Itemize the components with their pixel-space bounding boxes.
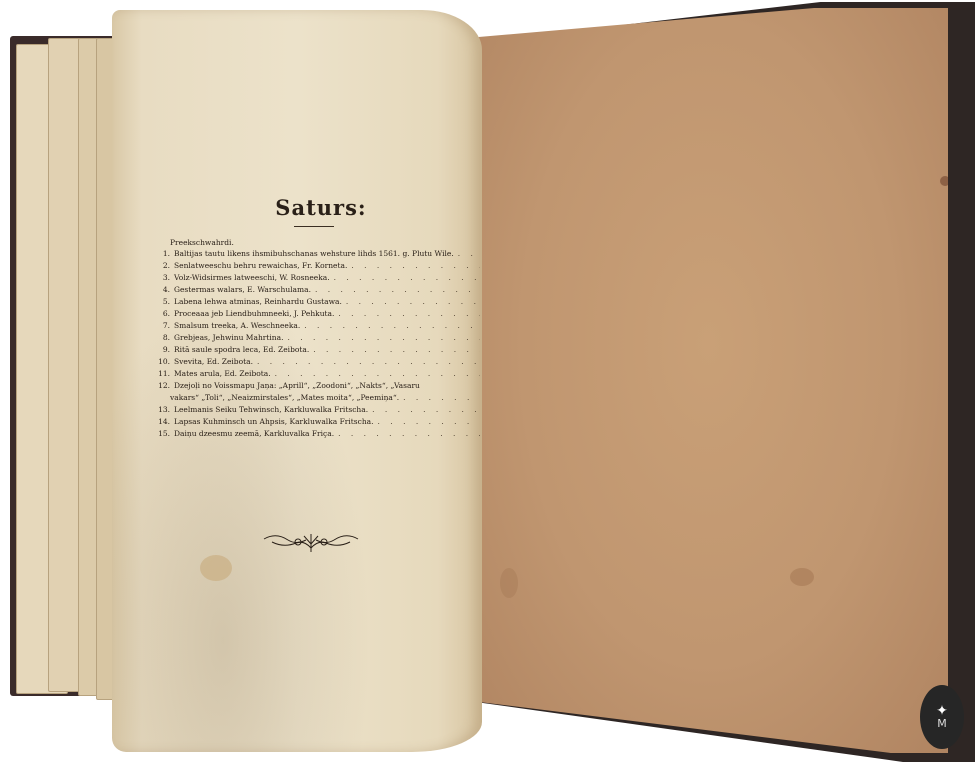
- toc-entry-continuation: vakars“ „Toli“, „Neaizmirstales“, „Mates…: [150, 392, 480, 404]
- entry-number: 10.: [150, 356, 174, 368]
- entry-text: Labena lehwa atminas, Reinhardu Gustawa.: [174, 296, 342, 308]
- toc-entry: 13.Leelmanis Seiku Tehwinsch, Karkluwalk…: [150, 404, 480, 416]
- entry-number: 14.: [150, 416, 174, 428]
- dot-leader: . . . . . . . . . . . . . . . . . . . . …: [372, 404, 480, 416]
- toc-entry: 14.Lapsas Kuhminsch un Ahpsis, Karkluwal…: [150, 416, 480, 428]
- dot-leader: . . . . . . . . . . . . . . . . . . . . …: [313, 344, 480, 356]
- entry-text: Daiņu dzeesmu zeemā, Karkluvalka Friça.: [174, 428, 334, 440]
- dot-leader: . . . . . . . . . . . . . . . . . . . . …: [334, 272, 480, 284]
- watermark-badge: ✦ M: [920, 685, 964, 749]
- entry-number: 3.: [150, 272, 174, 284]
- entry-text: Dzejoļi no Voissmapu Jaņa: „Aprill“, „Zo…: [174, 380, 420, 392]
- toc-preface: Preekschwahrdi.: [170, 237, 480, 248]
- entry-number: 4.: [150, 284, 174, 296]
- dot-leader: . . . . . . . . . . . . . . . . . . . . …: [351, 260, 480, 272]
- leaf-cross-icon: ✦: [936, 704, 948, 718]
- entry-number: 13.: [150, 404, 174, 416]
- book-photo: Saturs: Preekschwahrdi. 1.Baltijas tautu…: [0, 0, 980, 768]
- dot-leader: . . . . . . . . . . . . . . . . . . . . …: [304, 320, 480, 332]
- toc-entry: 5.Labena lehwa atminas, Reinhardu Gustaw…: [150, 296, 480, 308]
- toc-title: Saturs:: [162, 195, 480, 220]
- toc-entry: 7.Smalsum treeka, A. Weschneeka.. . . . …: [150, 320, 480, 332]
- toc-entry: 8.Grebjeas, Jehwinu Mahrtina.. . . . . .…: [150, 332, 480, 344]
- entry-text: Grebjeas, Jehwinu Mahrtina.: [174, 332, 283, 344]
- entry-text: Gestermas walars, E. Warschulama.: [174, 284, 311, 296]
- foxing-spot: [790, 568, 814, 586]
- title-rule: [294, 226, 334, 227]
- table-of-contents: Saturs: Preekschwahrdi. 1.Baltijas tautu…: [150, 195, 480, 440]
- entry-number: 12.: [150, 380, 174, 392]
- toc-entry: 3.Volz-Widsirmes latweeschi, W. Rosneeka…: [150, 272, 480, 284]
- entry-number: 8.: [150, 332, 174, 344]
- entry-text: Volz-Widsirmes latweeschi, W. Rosneeka.: [174, 272, 330, 284]
- toc-list: 1.Baltijas tautu likens ihsmibuhschanas …: [150, 248, 480, 440]
- entry-text: Mates arula, Ed. Zeibota.: [174, 368, 271, 380]
- entry-number: 1.: [150, 248, 174, 260]
- entry-text: Lapsas Kuhminsch un Ahpsis, Karkluwalka …: [174, 416, 374, 428]
- entry-number: 9.: [150, 344, 174, 356]
- entry-number: 15.: [150, 428, 174, 440]
- entry-number: 2.: [150, 260, 174, 272]
- entry-text: Leelmanis Seiku Tehwinsch, Karkluwalka F…: [174, 404, 368, 416]
- entry-text: Smalsum treeka, A. Weschneeka.: [174, 320, 300, 332]
- watermark-letter: M: [937, 718, 947, 730]
- entry-text: Svevita, Ed. Zeibota.: [174, 356, 253, 368]
- toc-entry: 11.Mates arula, Ed. Zeibota.. . . . . . …: [150, 368, 480, 380]
- entry-number: 5.: [150, 296, 174, 308]
- dot-leader: . . . . . . . . . . . . . . . . . . . . …: [257, 356, 480, 368]
- dot-leader: . . . . . . . . . . . . . . . . . . . . …: [338, 428, 480, 440]
- pastedown-endpaper: [470, 8, 948, 753]
- toc-entry: 15.Daiņu dzeesmu zeemā, Karkluvalka Friç…: [150, 428, 480, 440]
- toc-entry: 1.Baltijas tautu likens ihsmibuhschanas …: [150, 248, 480, 260]
- ornament-flourish-icon: [262, 530, 360, 554]
- dot-leader: . . . . . . . . . . . . . . . . . . . . …: [346, 296, 480, 308]
- dot-leader: . . . . . . . . . . . . . . . . . . . . …: [378, 416, 480, 428]
- entry-number: 6.: [150, 308, 174, 320]
- entry-text: Senlatweeschu behru rewaichas, Fr. Korne…: [174, 260, 347, 272]
- foxing-spot: [500, 568, 518, 598]
- toc-entry: 9.Ritā saule spodra leca, Ed. Zeibota.. …: [150, 344, 480, 356]
- entry-number: 11.: [150, 368, 174, 380]
- dot-leader: . . . . . . . . . . . . . . . . . . . . …: [338, 308, 480, 320]
- dot-leader: . . . . . . . . . . . . . . . . . . . . …: [287, 332, 480, 344]
- dot-leader: . . . . . . . . . . . . . . . . . . . . …: [403, 392, 480, 404]
- entry-text: vakars“ „Toli“, „Neaizmirstales“, „Mates…: [170, 392, 399, 404]
- entry-text: Proceaaa jeb Liendbuhmneeki, J. Pehkuta.: [174, 308, 334, 320]
- toc-entry: 4.Gestermas walars, E. Warschulama.. . .…: [150, 284, 480, 296]
- dot-leader: . . . . . . . . . . . . . . . . . . . . …: [315, 284, 480, 296]
- toc-entry: 6.Proceaaa jeb Liendbuhmneeki, J. Pehkut…: [150, 308, 480, 320]
- entry-text: Ritā saule spodra leca, Ed. Zeibota.: [174, 344, 309, 356]
- entry-number: 7.: [150, 320, 174, 332]
- toc-entry: 10.Svevita, Ed. Zeibota.. . . . . . . . …: [150, 356, 480, 368]
- toc-entry: 12.Dzejoļi no Voissmapu Jaņa: „Aprill“, …: [150, 380, 480, 392]
- dot-leader: . . . . . . . . . . . . . . . . . . . . …: [458, 248, 480, 260]
- entry-text: Baltijas tautu likens ihsmibuhschanas we…: [174, 248, 454, 260]
- toc-entry: 2.Senlatweeschu behru rewaichas, Fr. Kor…: [150, 260, 480, 272]
- dot-leader: . . . . . . . . . . . . . . . . . . . . …: [275, 368, 480, 380]
- water-stain: [200, 555, 232, 581]
